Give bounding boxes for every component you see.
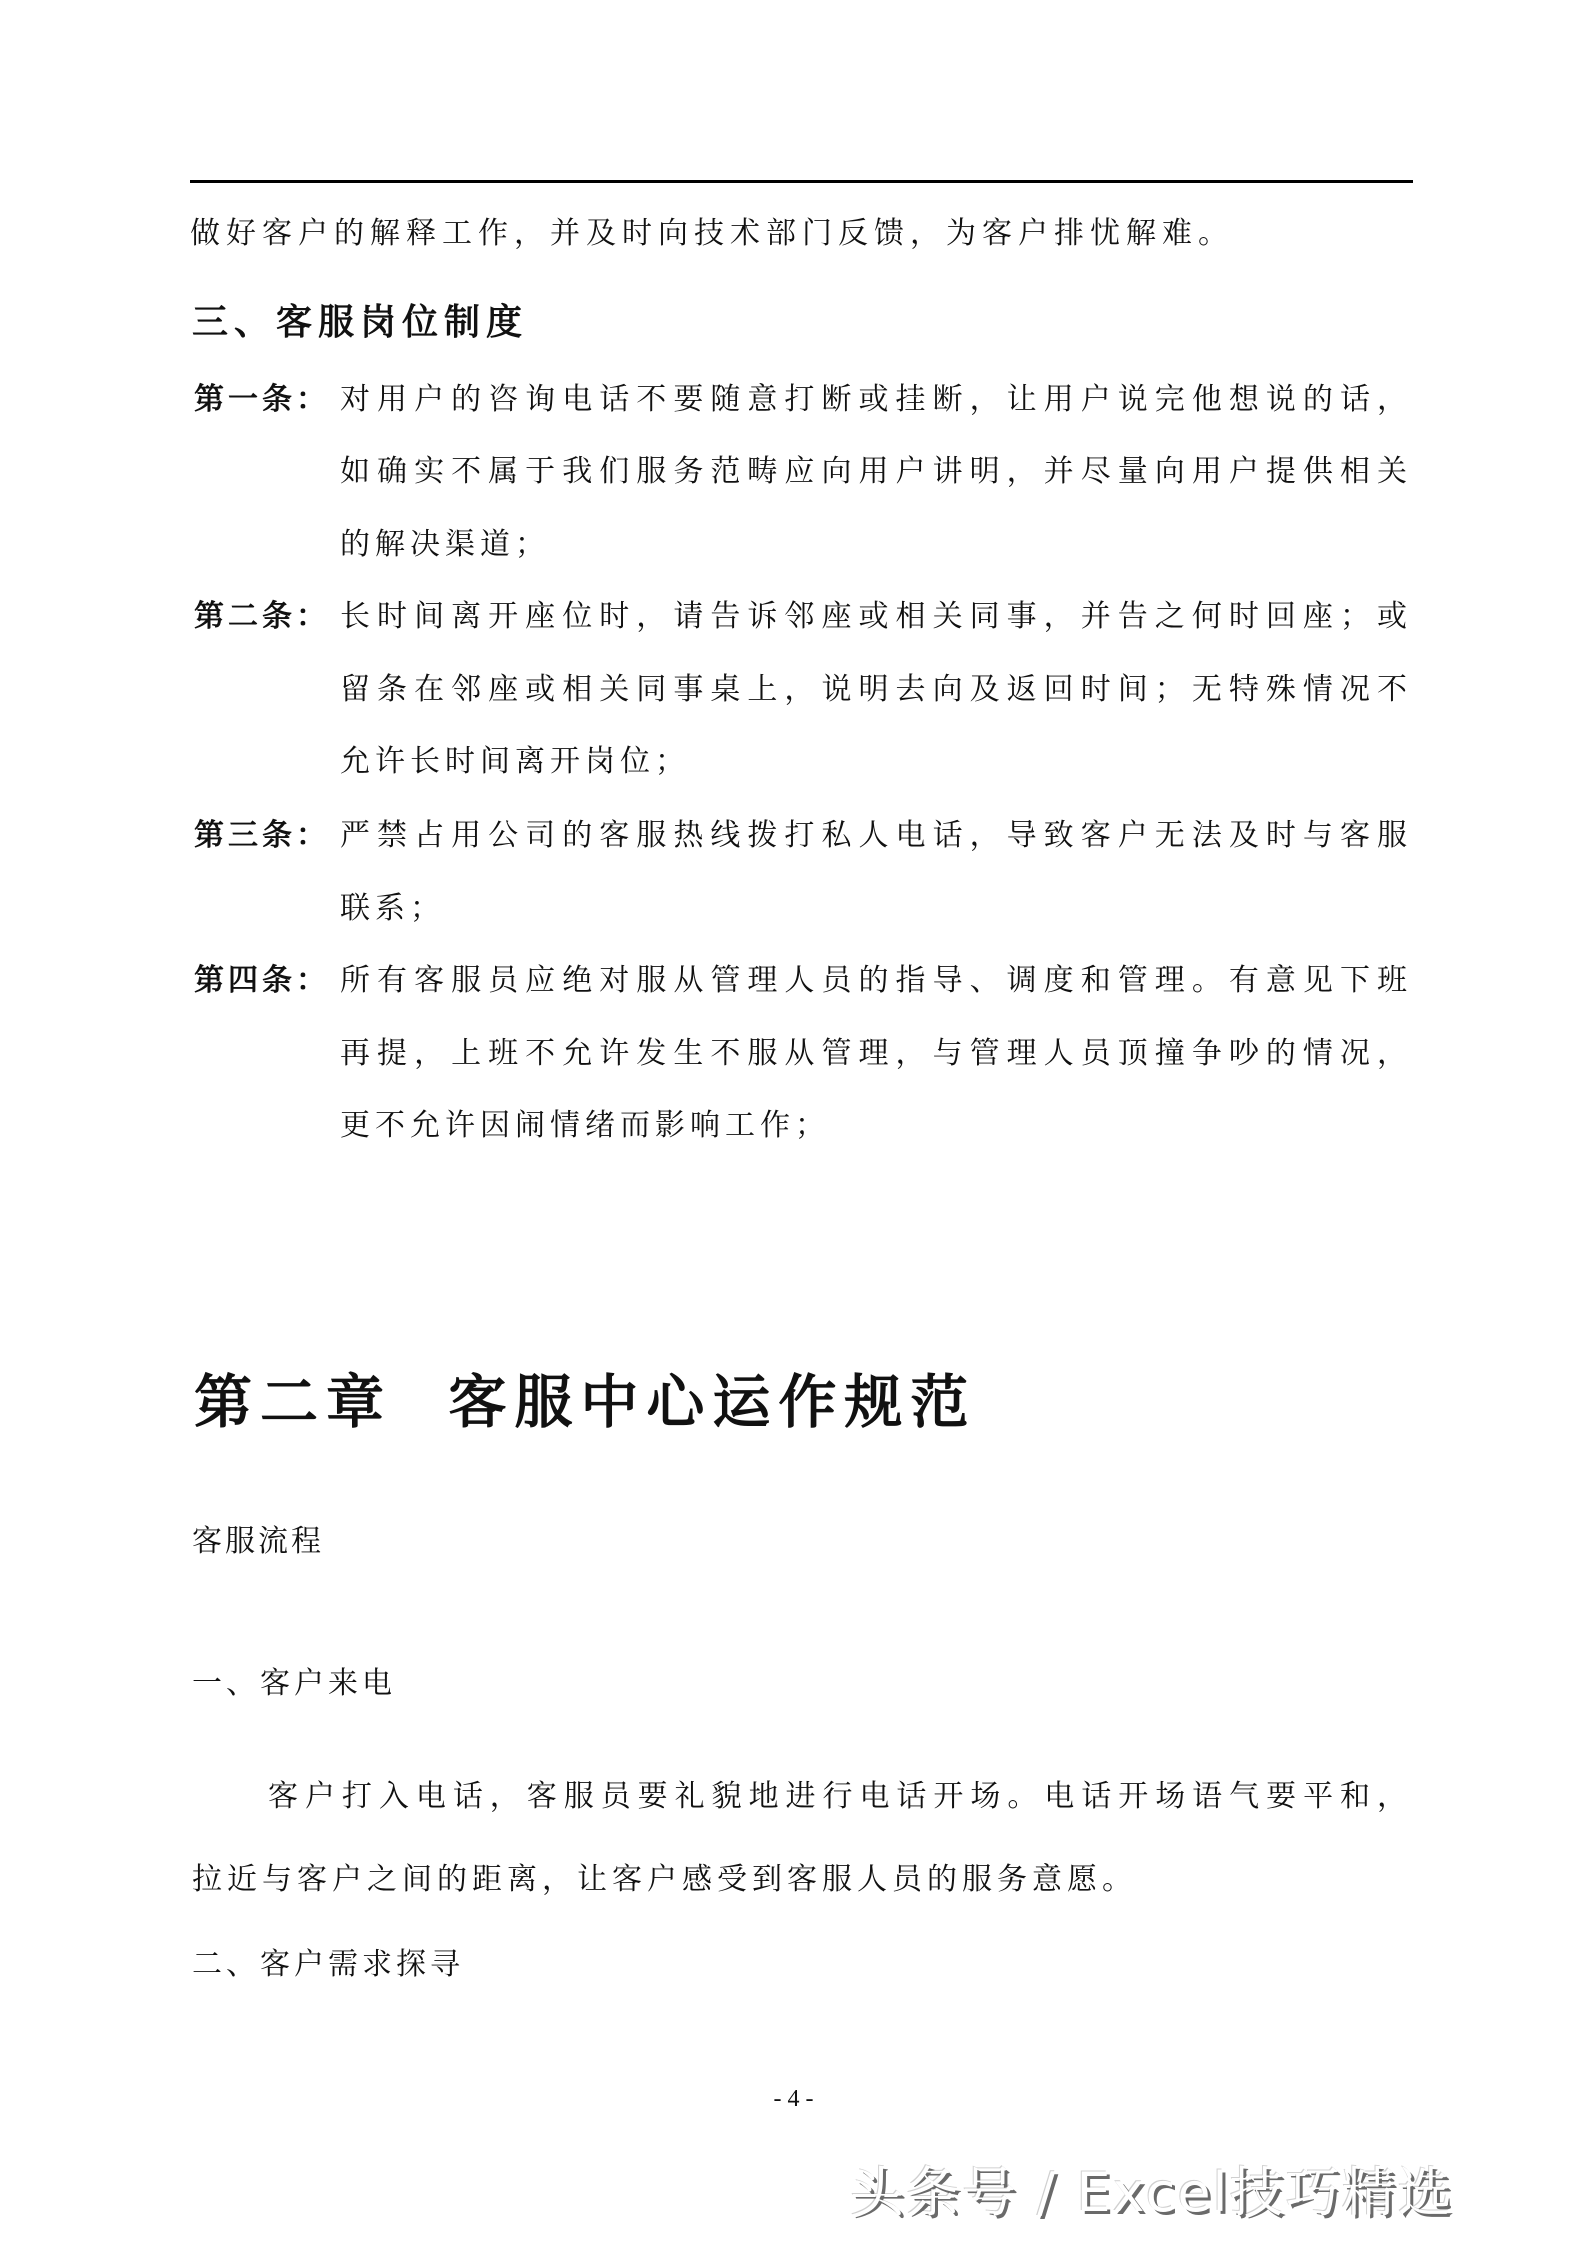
article-3-label: 第三条： [194, 816, 330, 856]
article-4-line-3: 更不允许因闹情绪而影响工作； [340, 1106, 830, 1146]
article-4-line-1: 所有客服员应绝对服从管理人员的指导、调度和管理。有意见下班 [340, 961, 1412, 1001]
article-2-line-2: 留条在邻座或相关同事桌上，说明去向及返回时间；无特殊情况不 [340, 670, 1412, 710]
article-1-line-2: 如确实不属于我们服务范畴应向用户讲明，并尽量向用户提供相关 [340, 452, 1412, 492]
article-3-line-1: 严禁占用公司的客服热线拨打私人电话，导致客户无法及时与客服 [340, 816, 1412, 856]
article-2-line-1: 长时间离开座位时，请告诉邻座或相关同事，并告之何时回座；或 [340, 597, 1412, 637]
article-4-line-2: 再提，上班不允许发生不服从管理，与管理人员顶撞争吵的情况， [340, 1034, 1412, 1074]
article-4-label: 第四条： [194, 961, 330, 1001]
step-1-paragraph-line-2: 拉近与客户之间的距离，让客户感受到客服人员的服务意愿。 [192, 1860, 1137, 1900]
step-2-heading: 二、客户需求探寻 [192, 1945, 464, 1985]
chapter-2-title: 第二章 客服中心运作规范 [194, 1370, 976, 1434]
article-2-line-3: 允许长时间离开岗位； [340, 742, 690, 782]
article-1-line-3: 的解决渠道； [340, 525, 550, 565]
header-rule-divider [190, 180, 1413, 183]
step-1-heading: 一、客户来电 [192, 1664, 396, 1704]
step-1-paragraph-line-1: 客户打入电话，客服员要礼貌地进行电话开场。电话开场语气要平和， [268, 1777, 1412, 1817]
chapter-2-subtitle: 客服流程 [192, 1522, 324, 1562]
page-number: - 4 - [0, 2084, 1587, 2114]
article-1-line-1: 对用户的咨询电话不要随意打断或挂断，让用户说完他想说的话， [340, 380, 1412, 420]
document-page: 做好客户的解释工作，并及时向技术部门反馈，为客户排忧解难。 三、客服岗位制度 第… [0, 0, 1587, 2245]
watermark-text: 头条号 / Excel技巧精选 [850, 2158, 1454, 2228]
continued-paragraph: 做好客户的解释工作，并及时向技术部门反馈，为客户排忧解难。 [190, 214, 1234, 254]
article-2-label: 第二条： [194, 597, 330, 637]
section-3-heading: 三、客服岗位制度 [192, 300, 528, 344]
article-3-line-2: 联系； [340, 889, 445, 929]
article-1-label: 第一条： [194, 380, 330, 420]
